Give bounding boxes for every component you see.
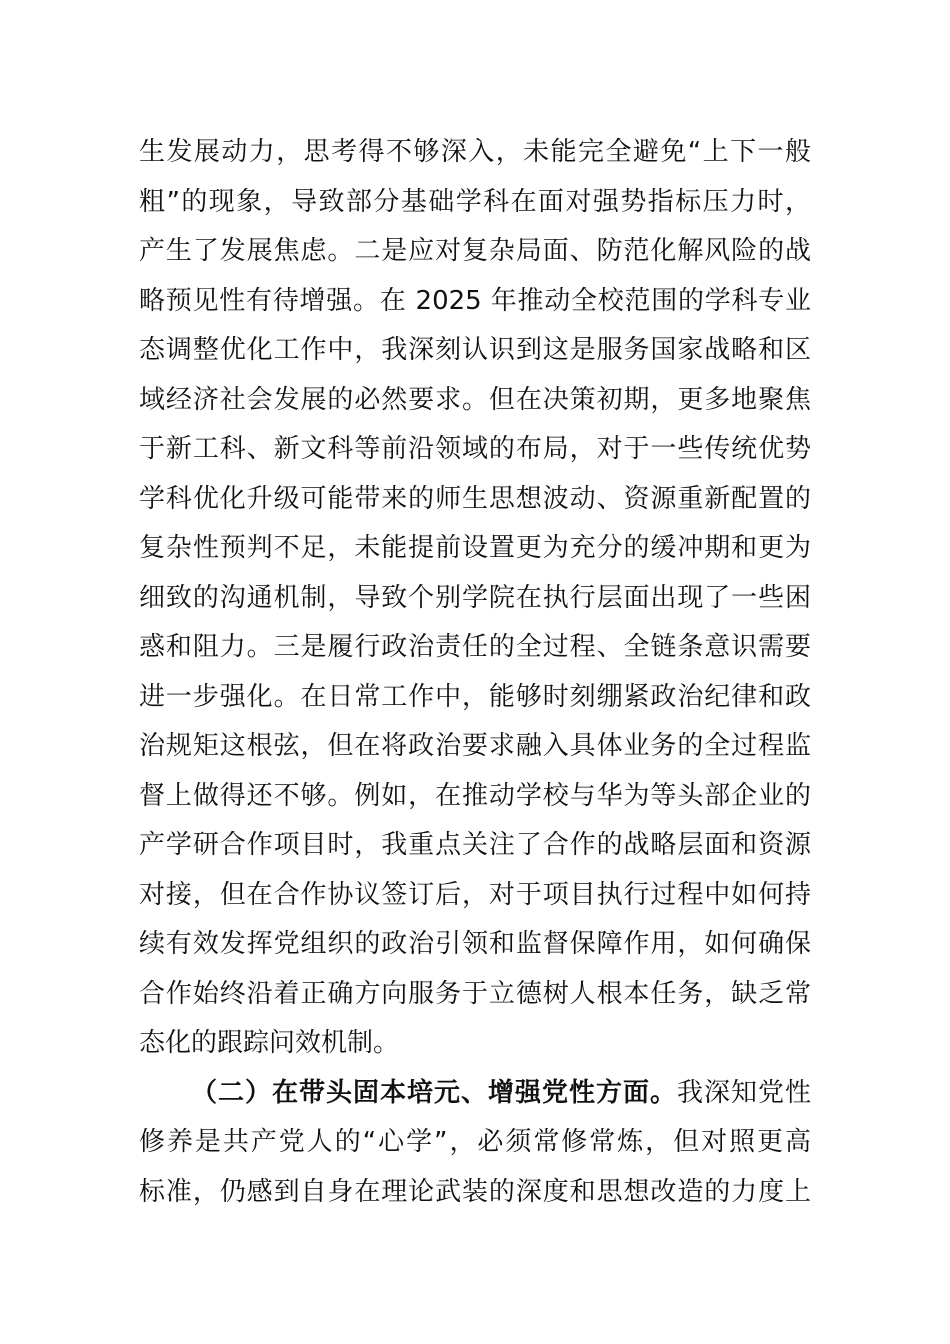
text-line: 生发展动力，思考得不够深入，未能完全避免“上下一般 bbox=[139, 128, 811, 178]
body-text: 督上做得还不够。例如，在推动学校与华为等头部企业的 bbox=[139, 781, 811, 811]
document-page: 生发展动力，思考得不够深入，未能完全避免“上下一般粗”的现象，导致部分基础学科在… bbox=[0, 0, 950, 1344]
body-text: 治规矩这根弦，但在将政治要求融入具体业务的全过程监 bbox=[139, 731, 811, 761]
text-line: 于新工科、新文科等前沿领域的布局，对于一些传统优势 bbox=[139, 425, 811, 475]
body-text: 续有效发挥党组织的政治引领和监督保障作用，如何确保 bbox=[139, 929, 811, 959]
text-line: 督上做得还不够。例如，在推动学校与华为等头部企业的 bbox=[139, 772, 811, 822]
body-text: 合作始终沿着正确方向服务于立德树人根本任务，缺乏常 bbox=[139, 979, 811, 1009]
text-line: 态化的跟踪问效机制。 bbox=[139, 1019, 811, 1069]
body-text: 进一步强化。在日常工作中，能够时刻绷紧政治纪律和政 bbox=[139, 682, 811, 712]
body-text: 产生了发展焦虑。二是应对复杂局面、防范化解风险的战 bbox=[139, 236, 811, 266]
text-line: 标准，仍感到自身在理论武装的深度和思想改造的力度上 bbox=[139, 1168, 811, 1218]
text-line: 对接，但在合作协议签订后，对于项目执行过程中如何持 bbox=[139, 871, 811, 921]
body-text: 我深知党性 bbox=[677, 1078, 811, 1108]
text-line: 续有效发挥党组织的政治引领和监督保障作用，如何确保 bbox=[139, 920, 811, 970]
text-line: 合作始终沿着正确方向服务于立德树人根本任务，缺乏常 bbox=[139, 970, 811, 1020]
body-text: 标准，仍感到自身在理论武装的深度和思想改造的力度上 bbox=[139, 1177, 811, 1207]
text-line: 复杂性预判不足，未能提前设置更为充分的缓冲期和更为 bbox=[139, 524, 811, 574]
body-text: 惑和阻力。三是履行政治责任的全过程、全链条意识需要 bbox=[139, 632, 811, 662]
text-line: 治规矩这根弦，但在将政治要求融入具体业务的全过程监 bbox=[139, 722, 811, 772]
body-text: 于新工科、新文科等前沿领域的布局，对于一些传统优势 bbox=[139, 434, 811, 464]
text-line: 略预见性有待增强。在 2025 年推动全校范围的学科专业动 bbox=[139, 277, 811, 327]
document-body: 生发展动力，思考得不够深入，未能完全避免“上下一般粗”的现象，导致部分基础学科在… bbox=[139, 128, 811, 1217]
text-line: 学科优化升级可能带来的师生思想波动、资源重新配置的 bbox=[139, 475, 811, 525]
text-line: 产学研合作项目时，我重点关注了合作的战略层面和资源 bbox=[139, 821, 811, 871]
text-line: 修养是共产党人的“心学”，必须常修常炼，但对照更高 bbox=[139, 1118, 811, 1168]
body-text: 产学研合作项目时，我重点关注了合作的战略层面和资源 bbox=[139, 830, 811, 860]
text-line: 惑和阻力。三是履行政治责任的全过程、全链条意识需要 bbox=[139, 623, 811, 673]
body-text: 略预见性有待增强。在 2025 年推动全校范围的学科专业动 bbox=[139, 286, 811, 327]
body-text: 态化的跟踪问效机制。 bbox=[139, 1028, 399, 1058]
body-text: 细致的沟通机制，导致个别学院在执行层面出现了一些困 bbox=[139, 583, 811, 613]
body-text: 对接，但在合作协议签订后，对于项目执行过程中如何持 bbox=[139, 880, 811, 910]
heading-text: （二）在带头固本培元、增强党性方面。 bbox=[191, 1078, 677, 1108]
text-line: 粗”的现象，导致部分基础学科在面对强势指标压力时， bbox=[139, 178, 811, 228]
body-text: 复杂性预判不足，未能提前设置更为充分的缓冲期和更为 bbox=[139, 533, 811, 563]
body-text: 态调整优化工作中，我深刻认识到这是服务国家战略和区 bbox=[139, 335, 811, 365]
text-line: 态调整优化工作中，我深刻认识到这是服务国家战略和区 bbox=[139, 326, 811, 376]
body-text: 修养是共产党人的“心学”，必须常修常炼，但对照更高 bbox=[139, 1127, 811, 1157]
text-line: 细致的沟通机制，导致个别学院在执行层面出现了一些困 bbox=[139, 574, 811, 624]
body-text: 生发展动力，思考得不够深入，未能完全避免“上下一般 bbox=[139, 137, 811, 167]
body-text: 域经济社会发展的必然要求。但在决策初期，更多地聚焦 bbox=[139, 385, 811, 415]
body-text: 学科优化升级可能带来的师生思想波动、资源重新配置的 bbox=[139, 484, 811, 514]
body-text: 粗”的现象，导致部分基础学科在面对强势指标压力时， bbox=[139, 187, 811, 217]
text-line: 进一步强化。在日常工作中，能够时刻绷紧政治纪律和政 bbox=[139, 673, 811, 723]
text-line: 产生了发展焦虑。二是应对复杂局面、防范化解风险的战 bbox=[139, 227, 811, 277]
section-heading-line: （二）在带头固本培元、增强党性方面。我深知党性 bbox=[139, 1069, 811, 1119]
text-line: 域经济社会发展的必然要求。但在决策初期，更多地聚焦 bbox=[139, 376, 811, 426]
